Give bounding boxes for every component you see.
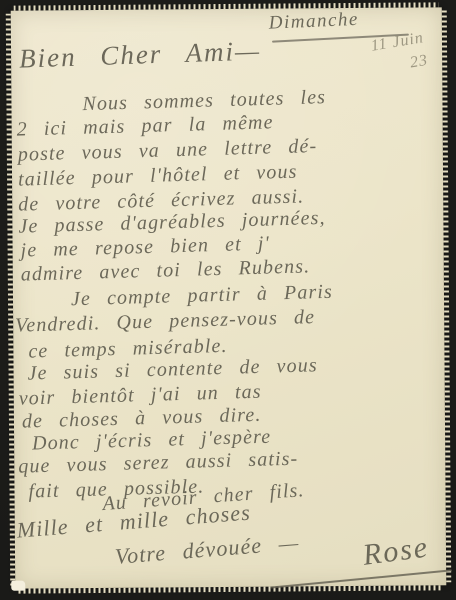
date-annotation-year: 23 — [409, 52, 430, 73]
perforation-edge-left — [6, 14, 15, 586]
perforation-edge-top — [14, 2, 439, 10]
torn-corner-chip — [11, 581, 25, 591]
perforation-edge-right — [442, 10, 451, 582]
day-heading: Dimanche — [268, 9, 359, 35]
perforation-edge-bottom — [18, 585, 443, 593]
salutation: Bien Cher Ami— — [19, 35, 262, 74]
handwritten-line: Nous sommes toutes les — [82, 86, 326, 116]
date-annotation-day-month: 11 Juin — [370, 29, 426, 56]
letter-card: Dimanche 11 Juin 23 Bien Cher Ami— Nous … — [11, 7, 447, 588]
signature: Rose — [361, 530, 431, 572]
photo-mat: Dimanche 11 Juin 23 Bien Cher Ami— Nous … — [0, 0, 456, 600]
handwritten-line-closing: Votre dévouée — — [114, 530, 300, 570]
handwritten-line: Vendredi. Que pensez-vous de — [15, 306, 316, 338]
